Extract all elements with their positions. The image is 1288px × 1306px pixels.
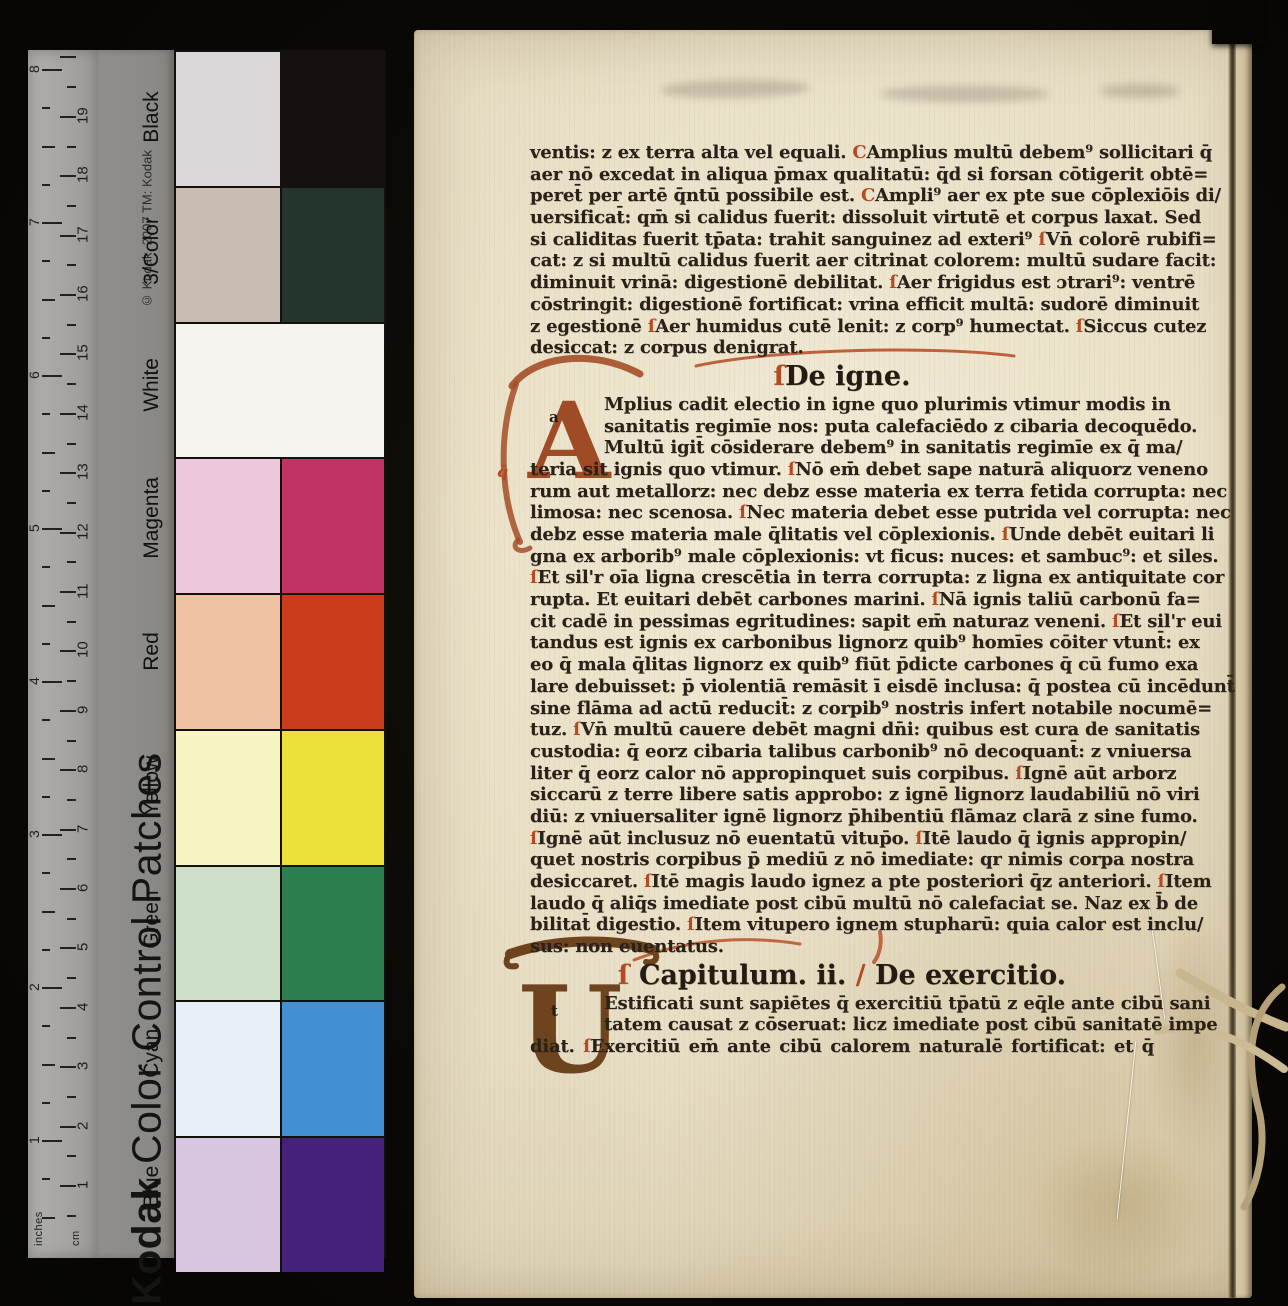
text-run: sus: non euentatus. [530,936,724,957]
ruler-tick [67,740,76,742]
ruler-tick [67,1037,76,1039]
ruler-tick [67,977,76,979]
paragraph-de-exercitio: Estificati sunt sapiētes q̄ exercitiū tp… [530,993,1154,1058]
text-run: diū: z vniuersaliter ignē lignorz p̄hibe… [530,806,1198,827]
text-line: ſEt sil'r oīa ligna crescētia in terra c… [530,567,1154,589]
text-run: De exercitio. [875,960,1066,991]
patch-label-3-color: 3/Color [130,184,174,318]
text-line: sine flāma ad actū reducit̄: z corpib⁹ n… [530,698,1154,720]
text-run: Exercitiū em̄ ante cibū calorem naturalē… [591,1036,1154,1057]
rubric-mark: ſ [1015,763,1023,784]
patch-label-cyan: Cyan [130,986,174,1120]
text-run: si caliditas fuerit tp̄ata: trahit sangu… [530,229,1038,250]
patch-label-red: Red [130,585,174,719]
inches-scale-label: inches [30,1200,48,1258]
ruler-tick [67,86,76,88]
text-line: liter q̄ eorz calor nō appropinquet suis… [530,763,1154,785]
ruler-number: 12 [72,519,94,545]
ruler-number: 18 [72,162,94,188]
text-run: diminuit vrinā: digestionē debilitat. [530,272,889,293]
patch-row-black [176,52,384,188]
text-line: cat: z si multū calidus fuerit aer citri… [530,250,1154,272]
text-line: rum aut metallorz: nec debz esse materia… [530,481,1154,503]
ruler-number: 1 [72,1172,94,1198]
text-run: Unde debēt euitari li [1009,524,1214,545]
ink-offset-smudge [880,86,1050,102]
patch-strong-3-color [282,188,384,322]
rubric-mark: ſ [774,361,786,392]
text-run: eo q̄ mala q̄litas lignorz ex quib⁹ fiūt… [530,654,1198,675]
ruler-number: 19 [72,103,94,129]
text-line: tatem causat z cōseruat: licz imediate p… [530,1014,1154,1036]
ruler-tick [42,1025,50,1027]
text-run: z egestionē [530,316,648,337]
text-run: Itē magis laudo ignez a pte posteriori q… [652,871,1158,892]
text-line: si caliditas fuerit tp̄ata: trahit sangu… [530,229,1154,251]
text-run: diat. [530,1036,583,1057]
ruler-tick [67,621,76,623]
patch-row-3-color [176,188,384,324]
text-line: laudo q̄ aliq̄s imediate post cibū multū… [530,893,1154,915]
text-line: rupta. Et euitari debēt carbones marini.… [530,589,1154,611]
ruler-number: 1 [26,1127,42,1153]
ruler-tick [67,1155,76,1157]
rubric-mark: ſ [644,871,652,892]
ruler-number: 3 [26,821,42,847]
ruler-tick [42,758,55,760]
text-run: bilitat̄ digestio. [530,914,687,935]
text-line: teria sit ignis quo vtimur. ſNō em̄ debe… [530,459,1154,481]
ruler-tick [42,375,62,377]
rubric-mark: ſ [739,502,747,523]
ruler-tick [42,681,62,683]
text-line: peret̄ per artē q̄ntū possibile est. CAm… [530,185,1154,207]
text-line: ventis: z ex terra alta vel equali. CAmp… [530,142,1154,164]
ruler-number: 2 [26,974,42,1000]
text-line: limosa: nec scenosa. ſNec materia debet … [530,502,1154,524]
ruler-number: 5 [72,934,94,960]
patch-light-black [176,52,282,186]
text-run: tatem causat z cōseruat: licz imediate p… [604,1014,1218,1035]
text-run: desiccat: z corpus denigrat. [530,337,804,358]
patch-strong-cyan [282,1002,384,1136]
ruler-tick [67,561,76,563]
ruler-tick [42,643,50,645]
ruler-number: 6 [72,875,94,901]
ruler-tick [42,107,50,109]
ruler-number: 13 [72,459,94,485]
text-run: tuz. [530,719,573,740]
chapter-heading-de-exercitio: ſ Capitulum. ii. / De exercitio. [530,960,1154,992]
ruler-tick [42,1064,55,1066]
text-run: Item vitupero ignem stupharū: quia calor… [695,914,1204,935]
text-line: debz esse materia male q̄litatis vel cōp… [530,524,1154,546]
text-line: diat. ſExercitiū em̄ ante cibū calorem n… [530,1036,1154,1058]
ruler-tick [67,918,76,920]
ruler-tick [67,264,76,266]
ruler-tick [42,796,50,798]
ruler-tick [42,605,55,607]
text-run: teria sit ignis quo vtimur. [530,459,788,480]
text-line: ſIgnē aūt inclusuz nō euentatū vitup̄o. … [530,828,1154,850]
rubric-mark: ſ [1158,871,1166,892]
text-run [866,960,875,991]
text-run: aer nō excedat in aliqua p̄max qualitatū… [530,164,1208,185]
rubric-mark: ſ [889,272,897,293]
text-run: Aer frigidus est ɔtrari⁹: ventrē [897,272,1195,293]
text-run: rupta. Et euitari debēt carbones marini. [530,589,932,610]
patch-label-yellow: Yellow [130,719,174,853]
patch-label-black: Black [130,50,174,184]
text-run: cat: z si multū calidus fuerit aer citri… [530,250,1216,271]
patch-row-yellow [176,731,384,867]
scanned-book-photo: { "scene": { "backdrop_color": "#0a0806"… [0,0,1288,1306]
ruler-tick [67,443,76,445]
ruler-tick [42,337,50,339]
ruler-number: 8 [26,56,42,82]
text-line: lare debuisset: p̄ violentiā remāsit ī e… [530,676,1154,698]
patch-label-white: White [130,318,174,452]
text-line: desiccaret. ſItē magis laudo ignez a pte… [530,871,1154,893]
ruler-tick [42,1102,50,1104]
ruler-tick [42,528,62,530]
text-run: Aer humidus cutē lenit: z corp⁹ humectat… [655,316,1076,337]
rubric-mark: ſ [530,567,538,588]
ruler-tick [42,299,55,301]
ruler-tick [67,205,76,207]
text-run: Nō em̄ debet sape naturā aliquorz veneno [795,459,1208,480]
text-run: Ampli⁹ aer ex pte sue cōplexiōis di/ [875,185,1221,206]
paper-crease [1117,1040,1137,1219]
patch-strong-blue [282,1138,384,1272]
ruler-tick [42,1178,50,1180]
ruler-tick [67,502,76,504]
text-run: Amplius multū debem⁹ sollicitari q̄ [867,142,1212,163]
ruler-tick [42,1217,55,1219]
patch-strong-red [282,595,384,729]
patch-light-3-color [176,188,282,322]
patch-row-green [176,867,384,1003]
text-run: limosa: nec scenosa. [530,502,739,523]
ruler-tick [42,260,50,262]
ruler-tick [42,146,55,148]
text-line: custodia: q̄ eorz cibaria talibus carbon… [530,741,1154,763]
ruler-number: 3 [72,1053,94,1079]
text-run: custodia: q̄ eorz cibaria talibus carbon… [530,741,1191,762]
patch-light-red [176,595,282,729]
text-run: desiccaret. [530,871,644,892]
patch-label-magenta: Magenta [130,451,174,585]
kodak-color-bar: © Kodak, 2007 TM: Kodak Kodak Color Cont… [28,50,414,1258]
ruler-number: 9 [72,697,94,723]
ruler-number: 17 [72,222,94,248]
patch-strong-yellow [282,731,384,865]
text-run: ventis: z ex terra alta vel equali. [530,142,852,163]
ruler-tick [42,911,55,913]
patch-row-magenta [176,459,384,595]
patch-strong-green [282,867,384,1001]
text-run: De igne. [785,361,910,392]
ruler-tick [67,799,76,801]
ink-offset-smudge [1100,84,1180,98]
rubric-mark: ſ [915,828,923,849]
ruler-number: 16 [72,281,94,307]
page-clamp [1212,0,1264,44]
patch-row-blue [176,1138,384,1272]
ruler-tick [60,56,76,58]
text-run: sanitatis regimīe nos: puta calefaciēdo … [604,416,1197,437]
text-run: Estificati sunt sapiētes q̄ exercitiū tp… [604,993,1210,1014]
ruler-tick [42,184,50,186]
ruler-number: 7 [26,209,42,235]
ruler-tick [42,719,50,721]
text-line: desiccat: z corpus denigrat. [530,337,1154,359]
ruler-tick [42,834,62,836]
ruler-number: 4 [26,668,42,694]
patch-row-cyan [176,1002,384,1138]
ruler-number: 5 [26,515,42,541]
rubric-mark: ſ [618,960,639,991]
text-line: tuz. ſVn̄ multū cauere debēt magni dn̄i:… [530,719,1154,741]
ruler-tick [42,222,62,224]
text-run: laudo q̄ aliq̄s imediate post cibū multū… [530,893,1198,914]
text-run: gna ex arborib⁹ male cōplexionis: vt fic… [530,546,1218,567]
rubric-mark: ſ [583,1036,591,1057]
text-run: Mplius cadit electio in igne quo plurimi… [604,394,1171,415]
rubric-mark: ſ [573,719,581,740]
patch-label-green: Green [130,853,174,987]
text-line: diū: z vniuersaliter ignē lignorz p̄hibe… [530,806,1154,828]
rubric-mark: C [861,185,875,206]
rubric-mark: ſ [932,589,940,610]
ruler-tick [42,987,62,989]
ruler-tick [42,872,50,874]
text-line: Multū igit̄ cōsiderare debem⁹ in sanitat… [530,437,1154,459]
text-run: tandus est ignis ex carbonibus lignorz q… [530,632,1200,653]
rubric-mark: ſ [530,828,538,849]
text-run: siccarū z terre libere satis approbo: z … [530,784,1200,805]
ruler-tick [67,1096,76,1098]
text-run: Itē laudo q̄ ignis appropin/ [923,828,1187,849]
ruler-number: 7 [72,816,94,842]
text-run: Nā ignis taliū carbonū fa= [939,589,1201,610]
text-run: Ignē aūt arborz [1023,763,1177,784]
ruler-number: 15 [72,340,94,366]
rubric-mark: / [856,960,866,991]
ruler-number: 8 [72,756,94,782]
text-line: aer nō excedat in aliqua p̄max qualitatū… [530,164,1154,186]
text-run: Nec materia debet esse putrida vel corru… [747,502,1231,523]
text-line: Mplius cadit electio in igne quo plurimi… [530,394,1154,416]
text-run: Capitulum. ii. [639,960,846,991]
ruler-number: 14 [72,400,94,426]
rubric-mark: ſ [1002,524,1010,545]
patch-light-white [176,324,280,458]
ruler-tick [67,858,76,860]
rubric-mark: ſ [1038,229,1046,250]
patch-light-magenta [176,459,282,593]
rubric-mark: ſ [1112,611,1120,632]
text-line: siccarū z terre libere satis approbo: z … [530,784,1154,806]
text-run: rum aut metallorz: nec debz esse materia… [530,481,1227,502]
text-line: z egestionē ſAer humidus cutē lenit: z c… [530,316,1154,338]
ruler-tick [42,1140,62,1142]
ruler-number: 11 [72,578,94,604]
text-line: uersificat̄: qm̄ si calidus fuerit: diss… [530,207,1154,229]
ruler-number: 10 [72,637,94,663]
text-run: lare debuisset: p̄ violentiā remāsit ī e… [530,676,1235,697]
patch-strong-white [280,324,384,458]
ruler-tick [42,490,50,492]
ruler-tick [42,452,55,454]
text-run: Multū igit̄ cōsiderare debem⁹ in sanitat… [604,437,1182,458]
ruler-number: 2 [72,1113,94,1139]
ruler-tick [67,1215,76,1217]
color-patches [174,50,386,1258]
ruler-number: 4 [72,994,94,1020]
text-line: quet nostris corpibus p̄ mediū z nō imed… [530,849,1154,871]
text-run: Ignē aūt inclusuz nō euentatū vitup̄o. [538,828,916,849]
paragraph-de-igne: Mplius cadit electio in igne quo plurimi… [530,394,1154,958]
text-line: diminuit vrinā: digestionē debilitat. ſA… [530,272,1154,294]
text-run: Vn̄ multū cauere debēt magni dn̄i: quibu… [581,719,1200,740]
ruler-tick [42,566,50,568]
text-run: Vn̄ colorē rubifi= [1046,229,1217,250]
patch-row-red [176,595,384,731]
ruler-tick [42,69,62,71]
patch-label-blue: Blue [130,1120,174,1254]
ruler-tick [67,146,76,148]
text-run [846,960,855,991]
paragraph-de-aere-end: ventis: z ex terra alta vel equali. CAmp… [530,142,1154,359]
text-line: sanitatis regimīe nos: puta calefaciēdo … [530,416,1154,438]
text-run: sine flāma ad actū reducit̄: z corpib⁹ n… [530,698,1212,719]
patch-light-green [176,867,282,1001]
ruler-tick [67,324,76,326]
chapter-heading-de-igne: ſDe igne. [530,361,1154,393]
text-run: Et sil'r oīa ligna crescētia in terra co… [538,567,1225,588]
patch-light-cyan [176,1002,282,1136]
text-run: liter q̄ eorz calor nō appropinquet suis… [530,763,1015,784]
patch-strong-magenta [282,459,384,593]
text-line: Estificati sunt sapiētes q̄ exercitiū tp… [530,993,1154,1015]
text-line: gna ex arborib⁹ male cōplexionis: vt fic… [530,546,1154,568]
patch-strong-black [282,52,384,186]
patch-row-white [176,324,384,460]
text-run: Item [1165,871,1211,892]
text-run: uersificat̄: qm̄ si calidus fuerit: diss… [530,207,1201,228]
text-line: cōstringit: digestionē fortificat: vrina… [530,294,1154,316]
text-line: cit cadē in pessimas egritudines: sapit … [530,611,1154,633]
text-run: cit cadē in pessimas egritudines: sapit … [530,611,1112,632]
text-run: Siccus cutez [1083,316,1206,337]
text-line: sus: non euentatus. [530,936,1154,958]
text-line: bilitat̄ digestio. ſItem vitupero ignem … [530,914,1154,936]
text-run: debz esse materia male q̄litatis vel cōp… [530,524,1002,545]
rubric-mark: C [852,142,866,163]
text-run: quet nostris corpibus p̄ mediū z nō imed… [530,849,1194,870]
ruler-tick [67,680,76,682]
patch-light-blue [176,1138,282,1272]
text-column: ventis: z ex terra alta vel equali. CAmp… [530,142,1154,1058]
text-line: tandus est ignis ex carbonibus lignorz q… [530,632,1154,654]
ruler-number: 6 [26,362,42,388]
cm-scale-label: cm [68,1218,84,1258]
text-run: Et sil'r eui [1120,611,1222,632]
text-line: eo q̄ mala q̄litas lignorz ex quib⁹ fiūt… [530,654,1154,676]
text-run: cōstringit: digestionē fortificat: vrina… [530,294,1199,315]
binding-cord [1150,935,1288,1215]
ruler-tick [67,383,76,385]
text-run: peret̄ per artē q̄ntū possibile est. [530,185,861,206]
ruler-tick [42,413,50,415]
patch-light-yellow [176,731,282,865]
rubric-mark: ſ [687,914,695,935]
margin-rubric-mark: q̄ [497,462,508,481]
ruler-tick [42,949,50,951]
